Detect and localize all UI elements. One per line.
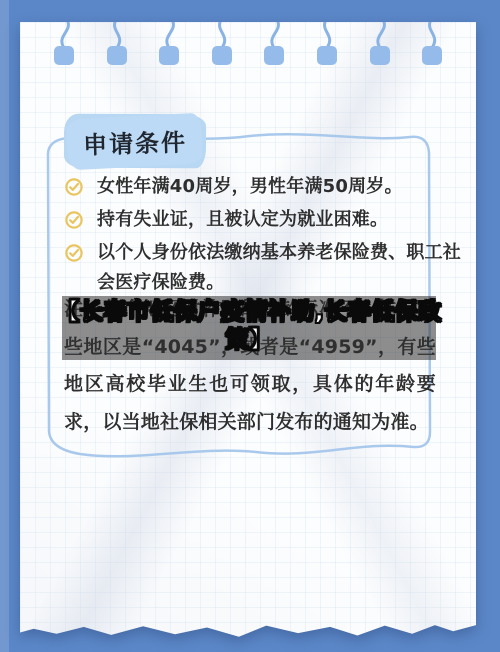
list-item-text: 女性年满40周岁，男性年满50周岁。 — [97, 172, 403, 202]
list-item-text: 以个人身份依法缴纳基本养老保险费、职工社会医疗保险费。 — [97, 238, 464, 298]
list-item: 以个人身份依法缴纳基本养老保险费、职工社会医疗保险费。 — [64, 238, 464, 298]
paper-tab-buttons-icon — [54, 46, 442, 65]
headline-line-2: 策】 — [226, 326, 273, 354]
conditions-list: 女性年满40周岁，男性年满50周岁。 持有失业证，且被认定为就业困难。 以个人身… — [64, 172, 464, 301]
check-circle-icon — [64, 210, 84, 230]
list-item-text: 持有失业证，且被认定为就业困难。 — [97, 205, 388, 235]
section-title-badge: 申请条件 — [63, 112, 206, 170]
poster-page: 申请条件 女性年满40周岁，男性年满50周岁。 持有失业证，且被认定为 — [0, 0, 500, 652]
check-circle-icon — [64, 177, 84, 197]
list-item: 女性年满40周岁，男性年满50周岁。 — [64, 172, 464, 202]
check-circle-icon — [64, 243, 84, 263]
list-item: 持有失业证，且被认定为就业困难。 — [64, 205, 464, 235]
headline-line-1: 【长春市低保户疫情补助,长春低保政 — [56, 298, 441, 326]
section-title: 申请条件 — [83, 122, 188, 160]
paper-tabs-icon — [62, 22, 435, 46]
headline-banner: 【长春市低保户疫情补助,长春低保政 策】 — [62, 296, 436, 360]
